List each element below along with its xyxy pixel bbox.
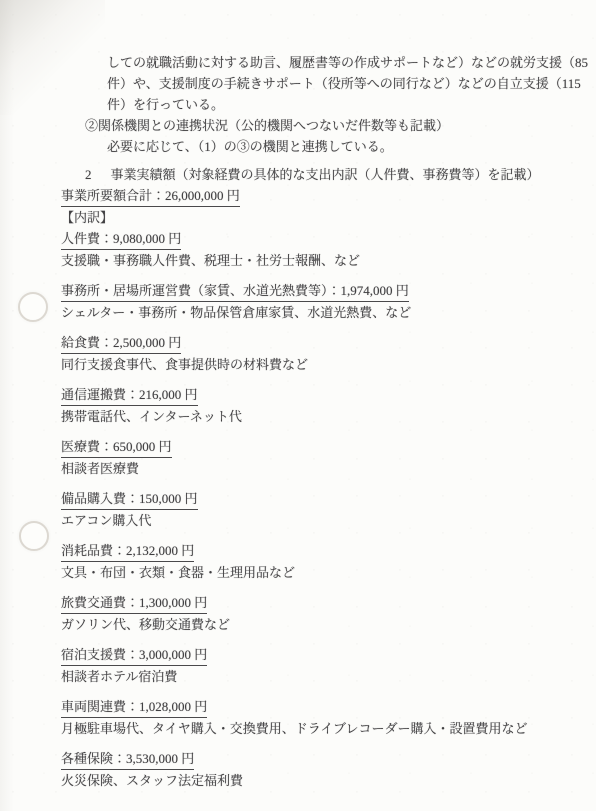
expense-desc: 相談者ホテル宿泊費 (61, 666, 576, 687)
expense-desc: 携帯電話代、インターネット代 (61, 406, 576, 427)
section-title: 事業実績額（対象経費の具体的な支出内訳（人件費、事務費等）を記載） (111, 167, 540, 182)
intro-line: 件）や、支援制度の手続きサポート（役所等への同行など）などの自立支援（115 (107, 73, 576, 94)
section-heading: 2事業実績額（対象経費の具体的な支出内訳（人件費、事務費等）を記載） (61, 164, 576, 185)
expense-item: 通信運搬費：216,000 円 携帯電話代、インターネット代 (61, 384, 576, 427)
total-amount-line: 事業所要額合計：26,000,000 円 (61, 185, 576, 207)
intro-line-related-agencies: ②関係機関との連携状況（公的機関へつないだ件数等も記載） (85, 115, 576, 136)
expense-item: 備品購入費：150,000 円 エアコン購入代 (61, 488, 576, 531)
expense-label: 給食費：2,500,000 円 (61, 333, 181, 354)
expense-label: 備品購入費：150,000 円 (61, 489, 198, 510)
expense-desc: 同行支援食事代、食事提供時の材料費など (61, 354, 576, 375)
expense-label: 旅費交通費：1,300,000 円 (61, 593, 207, 614)
expense-item: 給食費：2,500,000 円 同行支援食事代、食事提供時の材料費など (61, 332, 576, 375)
expense-label: 車両関連費：1,028,000 円 (61, 697, 207, 718)
expense-desc: 相談者医療費 (61, 458, 576, 479)
scanned-document-page: { "document": { "intro_lines": [ "しての就職活… (0, 0, 596, 811)
expense-desc: 文具・布団・衣類・食器・生理用品など (61, 562, 576, 583)
expense-label: 消耗品費：2,132,000 円 (61, 541, 194, 562)
hole-punch-mark-bottom (19, 521, 49, 551)
expense-desc: 支援職・事務職人件費、税理士・社労士報酬、など (61, 250, 576, 271)
breakdown-heading: 【内訳】 (61, 207, 576, 228)
expense-desc: 月極駐車場代、タイヤ購入・交換費用、ドライブレコーダー購入・設置費用など (61, 718, 576, 739)
expense-label: 医療費：650,000 円 (61, 437, 172, 458)
expense-item: 事務所・居場所運営費（家賃、水道光熱費等）：1,974,000 円 シェルター・… (61, 280, 576, 323)
expense-item: 消耗品費：2,132,000 円 文具・布団・衣類・食器・生理用品など (61, 540, 576, 583)
expense-label: 各種保険：3,530,000 円 (61, 749, 194, 770)
expense-item: 各種保険：3,530,000 円 火災保険、スタッフ法定福利費 (61, 748, 576, 791)
expense-item: 宿泊支援費：3,000,000 円 相談者ホテル宿泊費 (61, 644, 576, 687)
expense-desc: ガソリン代、移動交通費など (61, 614, 576, 635)
intro-line: 件）を行っている。 (107, 94, 576, 115)
document-body: しての就職活動に対する助言、履歴書等の作成サポートなど）などの就労支援（85 件… (61, 52, 576, 791)
total-amount-text: 事業所要額合計：26,000,000 円 (61, 186, 240, 207)
expense-label: 通信運搬費：216,000 円 (61, 385, 198, 406)
section-number: 2 (85, 167, 92, 182)
expense-desc: 火災保険、スタッフ法定福利費 (61, 770, 576, 791)
expense-item: 旅費交通費：1,300,000 円 ガソリン代、移動交通費など (61, 592, 576, 635)
intro-line: 必要に応じて、（1）の③の機関と連携している。 (107, 136, 576, 157)
expense-desc: シェルター・事務所・物品保管倉庫家賃、水道光熱費、など (61, 302, 576, 323)
expense-label: 事務所・居場所運営費（家賃、水道光熱費等）：1,974,000 円 (61, 281, 409, 302)
scan-edge-shadow (0, 0, 14, 811)
expense-desc: エアコン購入代 (61, 510, 576, 531)
expense-label: 宿泊支援費：3,000,000 円 (61, 645, 207, 666)
intro-line: しての就職活動に対する助言、履歴書等の作成サポートなど）などの就労支援（85 (107, 52, 576, 73)
expense-label: 人件費：9,080,000 円 (61, 229, 181, 250)
hole-punch-mark-top (18, 292, 48, 322)
expense-item: 車両関連費：1,028,000 円 月極駐車場代、タイヤ購入・交換費用、ドライブ… (61, 696, 576, 739)
expense-item: 人件費：9,080,000 円 支援職・事務職人件費、税理士・社労士報酬、など (61, 228, 576, 271)
expense-item: 医療費：650,000 円 相談者医療費 (61, 436, 576, 479)
